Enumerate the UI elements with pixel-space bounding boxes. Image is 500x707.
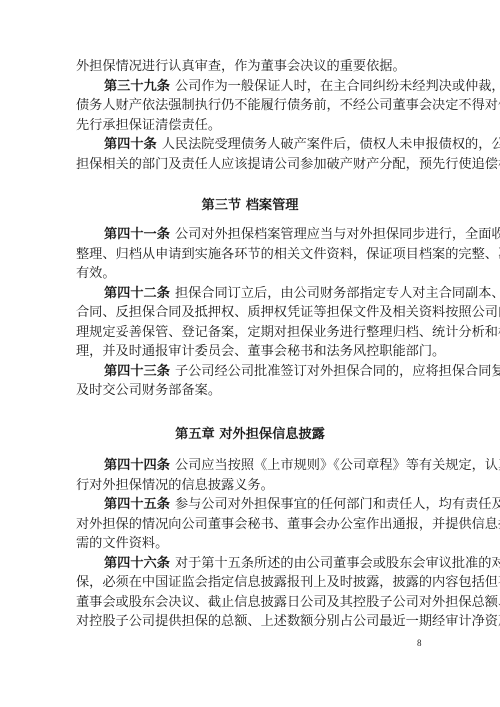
article-label: 第四十二条: [104, 286, 170, 301]
paragraph-line: 行对外担保情况的信息披露义务。: [76, 476, 426, 495]
paragraph-line: 担保相关的部门及责任人应该提请公司参加破产财产分配，预先行使追偿权。: [76, 155, 426, 174]
page-number: 8: [417, 636, 422, 650]
article-45-first-line: 第四十五条参与公司对外担保事宜的任何部门和责任人，均有责任及时将: [104, 495, 426, 514]
article-40-first-line: 第四十条人民法院受理债务人破产案件后，债权人未申报债权的，公司与: [104, 135, 426, 154]
document-page: 外担保情况进行认真审查，作为董事会决议的重要依据。 第三十九条公司作为一般保证人…: [0, 0, 500, 707]
article-text: 子公司经公司批准签订对外担保合同的，应将担保合同复印件: [175, 364, 500, 379]
chapter-heading: 第五章 对外担保信息披露: [0, 425, 500, 444]
paragraph-line: 理规定妥善保管、登记备案，定期对担保业务进行整理归档、统计分析和检查清: [76, 323, 426, 342]
paragraph-line: 合同、反担保合同及抵押权、质押权凭证等担保文件及相关资料按照公司内部管: [76, 303, 426, 322]
article-text: 担保合同订立后，由公司财务部指定专人对主合同副本、担保: [175, 286, 500, 301]
paragraph-line: 保，必须在中国证监会指定信息披露报刊上及时披露，披露的内容包括但不限于: [76, 573, 426, 592]
article-label: 第四十六条: [104, 556, 170, 571]
paragraph-line: 理，并及时通报审计委员会、董事会秘书和法务风控职能部门。: [76, 342, 426, 361]
article-39-first-line: 第三十九条公司作为一般保证人时，在主合同纠纷未经判决或仲裁，并就: [104, 77, 426, 96]
article-label: 第四十一条: [104, 227, 170, 242]
paragraph-line: 整理、归档从申请到实施各环节的相关文件资料，保证项目档案的完整、准确、: [76, 245, 426, 264]
paragraph-line: 董事会或股东会决议、截止信息披露日公司及其控股子公司对外担保总额、公司: [76, 593, 426, 612]
paragraph-line: 对控股子公司提供担保的总额、上述数额分别占公司最近一期经审计净资产的比: [76, 612, 426, 631]
article-41-first-line: 第四十一条公司对外担保档案管理应当与对外担保同步进行，全面收集、: [104, 225, 426, 244]
paragraph-line: 对外担保的情况向公司董事会秘书、董事会办公室作出通报，并提供信息披露所: [76, 515, 426, 534]
article-label: 第三十九条: [104, 79, 170, 94]
article-text: 公司对外担保档案管理应当与对外担保同步进行，全面收集、: [175, 227, 500, 242]
article-text: 对于第十五条所述的由公司董事会或股东会审议批准的对外担: [175, 556, 500, 571]
article-label: 第四十三条: [104, 364, 170, 379]
article-text: 参与公司对外担保事宜的任何部门和责任人，均有责任及时将: [175, 497, 500, 512]
paragraph-line: 及时交公司财务部备案。: [76, 381, 426, 400]
paragraph-line: 债务人财产依法强制执行仍不能履行债务前，不经公司董事会决定不得对债务人: [76, 96, 426, 115]
article-43-first-line: 第四十三条子公司经公司批准签订对外担保合同的，应将担保合同复印件: [104, 362, 426, 381]
article-44-first-line: 第四十四条公司应当按照《上市规则》《公司章程》等有关规定，认真履: [104, 456, 426, 475]
article-46-first-line: 第四十六条对于第十五条所述的由公司董事会或股东会审议批准的对外担: [104, 554, 426, 573]
article-label: 第四十四条: [104, 458, 170, 473]
paragraph-line: 外担保情况进行认真审查，作为董事会决议的重要依据。: [76, 57, 426, 76]
paragraph-line: 需的文件资料。: [76, 534, 426, 553]
article-42-first-line: 第四十二条担保合同订立后，由公司财务部指定专人对主合同副本、担保: [104, 284, 426, 303]
article-label: 第四十条: [104, 137, 157, 152]
article-text: 人民法院受理债务人破产案件后，债权人未申报债权的，公司与: [162, 137, 500, 152]
article-text: 公司应当按照《上市规则》《公司章程》等有关规定，认真履: [175, 458, 500, 473]
article-label: 第四十五条: [104, 497, 170, 512]
paragraph-line: 先行承担保证清偿责任。: [76, 116, 426, 135]
paragraph-line: 有效。: [76, 264, 426, 283]
article-text: 公司作为一般保证人时，在主合同纠纷未经判决或仲裁，并就: [175, 79, 500, 94]
section-heading: 第三节 档案管理: [0, 196, 500, 215]
